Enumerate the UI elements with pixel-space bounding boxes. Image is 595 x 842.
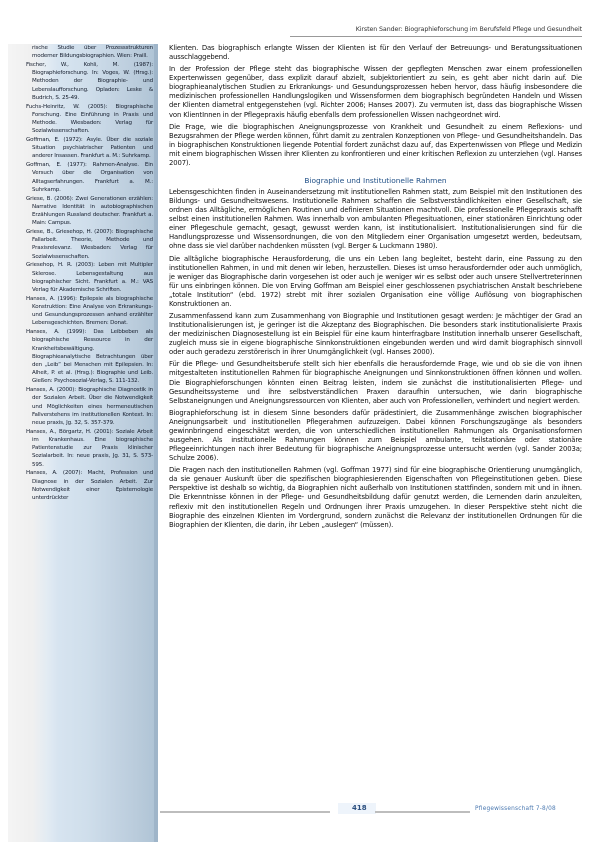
- body-paragraph: Zusammenfassend kann zum Zusammenhang vo…: [169, 312, 582, 357]
- reference-item: Griese, B., Griesehop, H. (2007): Biogra…: [26, 228, 153, 261]
- running-title: Kirsten Sander: Biographieforschung im B…: [356, 26, 582, 33]
- body-paragraph: Für die Pflege- und Gesundheitsberufe st…: [169, 360, 582, 405]
- reference-item: Hanses, A. (1999): Das Leibbeben als bio…: [26, 328, 153, 385]
- section-heading: Biographie und Institutionelle Rahmen: [169, 176, 582, 185]
- body-paragraph: Biographieforschung ist in diesem Sinne …: [169, 409, 582, 463]
- page-number: 418: [352, 804, 367, 812]
- body-paragraph: Klienten. Das biographisch erlangte Wiss…: [169, 44, 582, 62]
- body-paragraph: Lebensgeschichten finden in Auseinanders…: [169, 188, 582, 251]
- main-text-column: Klienten. Das biographisch erlangte Wiss…: [169, 44, 582, 533]
- reference-item: Hanses, A. (1996): Epilepsie als biograp…: [26, 295, 153, 328]
- body-paragraph: In der Profession der Pflege steht das b…: [169, 65, 582, 119]
- reference-item: Fuchs-Heinritz, W. (2005): Biographische…: [26, 103, 153, 136]
- reference-item: Griese, B. (2006): Zwei Generationen erz…: [26, 195, 153, 228]
- footer-rule-middle: [375, 811, 470, 813]
- journal-name: Pflegewissenschaft 7-8/08: [475, 806, 556, 812]
- reference-item: Goffman, E. (1977): Rahmen-Analyse. Ein …: [26, 161, 153, 194]
- footer-rule-left: [160, 811, 330, 813]
- references-list: rische Studie über Prozessstrukturen mod…: [26, 44, 153, 503]
- reference-item: rische Studie über Prozessstrukturen mod…: [26, 44, 153, 60]
- reference-item: Hanses, A. (2007): Macht, Profession und…: [26, 469, 153, 502]
- running-header: Kirsten Sander: Biographieforschung im B…: [290, 26, 582, 37]
- reference-item: Fischer, W., Kohli, M. (1987): Biographi…: [26, 61, 153, 102]
- sidebar-edge-divider: [154, 44, 158, 842]
- reference-item: Griesehop, H. R. (2003): Leben mit Multi…: [26, 261, 153, 294]
- body-paragraph: Die Fragen nach den institutionellen Rah…: [169, 466, 582, 529]
- body-paragraph: Die Frage, wie die biographischen Aneign…: [169, 123, 582, 168]
- body-paragraph: Die alltägliche biographische Herausford…: [169, 255, 582, 309]
- reference-item: Goffman, E. (1972): Asyle. Über die sozi…: [26, 136, 153, 161]
- reference-item: Hanses, A., Börgartz, H. (2001): Soziale…: [26, 428, 153, 469]
- reference-item: Hanses, A. (2000): Biographische Diagnos…: [26, 386, 153, 427]
